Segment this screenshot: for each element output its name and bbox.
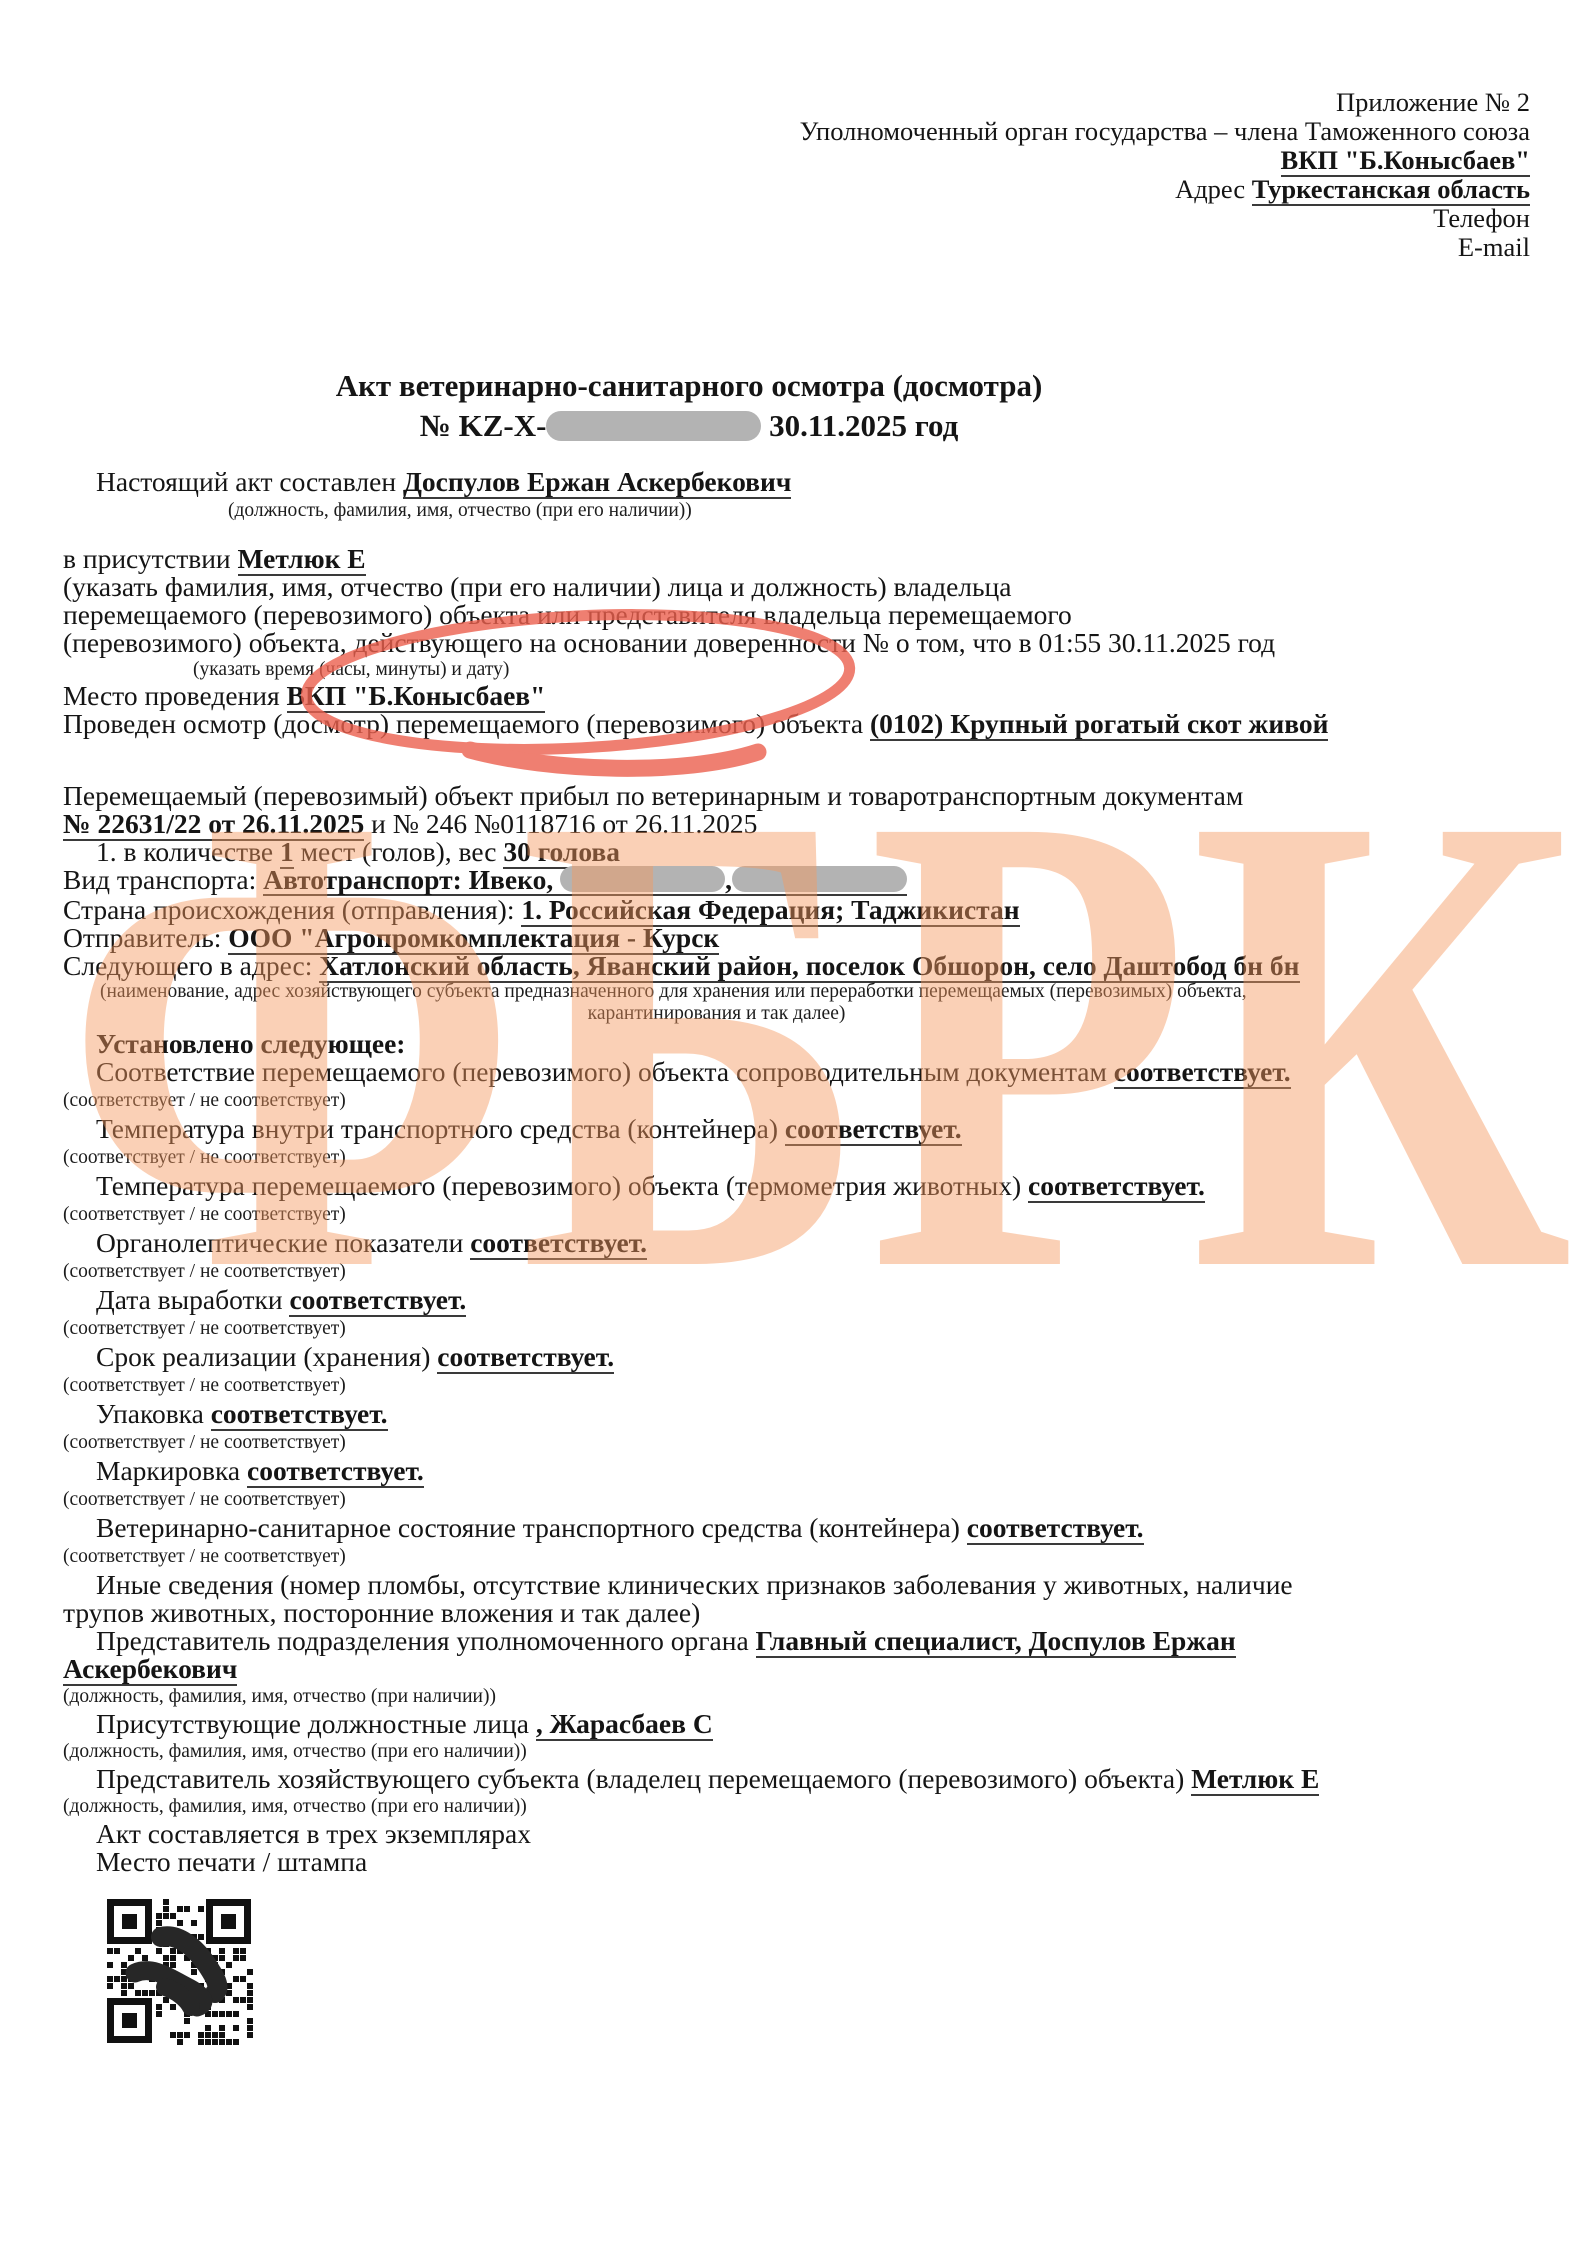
findings-heading: Установлено следующее: <box>63 1030 1530 1058</box>
origin-line: Страна происхождения (отправления): 1. Р… <box>63 896 1530 924</box>
finding-label: Упаковка <box>96 1398 211 1429</box>
letterhead: Приложение № 2 Уполномоченный орган госу… <box>63 88 1530 262</box>
representative-line-2: Аскербекович <box>63 1655 1530 1683</box>
presence-line: в присутствии Метлюк Е <box>63 545 1530 573</box>
finding-value: соответствует. <box>289 1284 466 1317</box>
finding-label: Дата выработки <box>96 1284 289 1315</box>
finding-item: Температура перемещаемого (перевозимого)… <box>63 1172 1530 1200</box>
act-document: Приложение № 2 Уполномоченный орган госу… <box>0 0 1587 2245</box>
place-line: Место проведения ВКП "Б.Конысбаев" <box>63 682 1530 710</box>
finding-alt-note: (соответствует / не соответствует) <box>63 1086 1530 1115</box>
finding-alt-note: (соответствует / не соответствует) <box>63 1542 1530 1571</box>
doc-rest: и № 246 №0118716 от 26.11.2025 <box>364 808 757 839</box>
finding-label: Органолептические показатели <box>96 1227 470 1258</box>
transport-value: Автотранспорт: Ивеко, <box>263 864 560 895</box>
place-label: Место проведения <box>63 680 287 711</box>
other-info-line-1: Иные сведения (номер пломбы, отсутствие … <box>63 1571 1530 1599</box>
representative-value-2: Аскербекович <box>63 1653 237 1686</box>
finding-alt-note: (соответствует / не соответствует) <box>63 1428 1530 1457</box>
authority-line: Уполномоченный орган государства – члена… <box>63 117 1530 146</box>
composed-note: (должность, фамилия, имя, отчество (при … <box>228 496 1530 525</box>
qty-label: 1. в количестве <box>96 836 280 867</box>
finding-value: соответствует. <box>785 1113 962 1146</box>
finding-item: Органолептические показатели соответству… <box>63 1229 1530 1257</box>
inspect-object: (0102) Крупный рогатый скот живой <box>870 708 1328 741</box>
transport-line: Вид транспорта: Автотранспорт: Ивеко, , <box>63 866 1530 896</box>
origin-label: Страна происхождения (отправления): <box>63 894 521 925</box>
owner-value: Метлюк Е <box>1191 1763 1319 1796</box>
quantity-line: 1. в количестве 1 мест (голов), вес 30 г… <box>63 838 1530 866</box>
inspect-line: Проведен осмотр (досмотр) перемещаемого … <box>63 710 1530 738</box>
officials-label: Присутствующие должностные лица <box>96 1708 536 1739</box>
finding-label: Маркировка <box>96 1455 247 1486</box>
finding-label: Ветеринарно-санитарное состояние транспо… <box>96 1512 967 1543</box>
finding-item: Температура внутри транспортного средств… <box>63 1115 1530 1143</box>
finding-label: Температура перемещаемого (перевозимого)… <box>96 1170 1028 1201</box>
org-name-value: ВКП "Б.Конысбаев" <box>1281 145 1530 177</box>
finding-value: соответствует. <box>967 1512 1144 1545</box>
redaction-blob-plate-1 <box>560 866 725 892</box>
representative-value: Главный специалист, Доспулов Ержан <box>756 1625 1236 1658</box>
transport-value-wrap: Автотранспорт: Ивеко, , <box>263 866 907 896</box>
destination-note-2: карантинирования и так далее) <box>63 1003 1530 1025</box>
org-name: ВКП "Б.Конысбаев" <box>63 146 1530 175</box>
qr-code-block <box>103 1895 1530 2052</box>
officials-value: , Жарасбаев С <box>536 1708 713 1741</box>
other-info-line-2: трупов животных, посторонние вложения и … <box>63 1599 1530 1627</box>
representative-label: Представитель подразделения уполномоченн… <box>96 1625 756 1656</box>
email-line: E-mail <box>63 233 1530 262</box>
finding-alt-note: (соответствует / не соответствует) <box>63 1200 1530 1229</box>
transport-label: Вид транспорта: <box>63 864 263 895</box>
inspect-label: Проведен осмотр (досмотр) перемещаемого … <box>63 708 870 739</box>
transport-separator: , <box>725 864 732 895</box>
finding-value: соответствует. <box>247 1455 424 1488</box>
title-heading: Акт ветеринарно-санитарного осмотра (дос… <box>63 366 1315 406</box>
destination-line: Следующего в адрес: Хатлонский область, … <box>63 952 1530 980</box>
destination-value: Хатлонский область, Яванский район, посе… <box>319 950 1299 983</box>
time-note: (указать время (часы, минуты) и дату) <box>193 657 1530 682</box>
finding-item: Ветеринарно-санитарное состояние транспо… <box>63 1514 1530 1542</box>
officials-line: Присутствующие должностные лица , Жарасб… <box>63 1710 1530 1738</box>
finding-alt-note: (соответствует / не соответствует) <box>63 1485 1530 1514</box>
finding-value: соответствует. <box>211 1398 388 1431</box>
finding-alt-note: (соответствует / не соответствует) <box>63 1314 1530 1343</box>
address-label: Адрес <box>1175 174 1252 204</box>
documents-line: № 22631/22 от 26.11.2025 и № 246 №011871… <box>63 810 1530 838</box>
finding-item: Дата выработки соответствует. <box>63 1286 1530 1314</box>
destination-label: Следующего в адрес: <box>63 950 319 981</box>
stamp-line: Место печати / штампа <box>63 1848 1530 1876</box>
finding-item: Упаковка соответствует. <box>63 1400 1530 1428</box>
finding-item: Соответствие перемещаемого (перевозимого… <box>63 1058 1530 1086</box>
presence-note-1: (указать фамилия, имя, отчество (при его… <box>63 573 1530 601</box>
finding-alt-note: (соответствует / не соответствует) <box>63 1143 1530 1172</box>
finding-label: Температура внутри транспортного средств… <box>96 1113 785 1144</box>
title-number-prefix: № KZ-X- <box>420 408 547 443</box>
representative-line: Представитель подразделения уполномоченн… <box>63 1627 1530 1655</box>
copies-line: Акт составляется в трех экземплярах <box>63 1820 1530 1848</box>
address-line: Адрес Туркестанская область <box>63 175 1530 204</box>
finding-alt-note: (соответствует / не соответствует) <box>63 1257 1530 1286</box>
phone-line: Телефон <box>63 204 1530 233</box>
finding-value: соответствует. <box>437 1341 614 1374</box>
redaction-blob-plate-2 <box>732 866 907 892</box>
finding-value: соответствует. <box>1028 1170 1205 1203</box>
presence-label: в присутствии <box>63 543 238 574</box>
composed-label: Настоящий акт составлен <box>96 466 403 497</box>
sender-line: Отправитель: ООО "Агропромкомплектация -… <box>63 924 1530 952</box>
finding-item: Маркировка соответствует. <box>63 1457 1530 1485</box>
owner-line: Представитель хозяйствующего субъекта (в… <box>63 1765 1530 1793</box>
document-title: Акт ветеринарно-санитарного осмотра (дос… <box>63 366 1530 446</box>
spacer <box>63 738 1530 782</box>
finding-item: Срок реализации (хранения) соответствует… <box>63 1343 1530 1371</box>
address-value: Туркестанская область <box>1252 174 1530 206</box>
finding-value: соответствует. <box>1114 1056 1291 1089</box>
title-number-suffix: 30.11.2025 год <box>761 408 958 443</box>
finding-label: Срок реализации (хранения) <box>96 1341 437 1372</box>
officials-note: (должность, фамилия, имя, отчество (при … <box>63 1738 1530 1765</box>
qty-mid: мест (голов), вес <box>294 836 504 867</box>
sender-label: Отправитель: <box>63 922 228 953</box>
appendix-line: Приложение № 2 <box>63 88 1530 117</box>
document-page: { "colors": { "watermark": "#f6995f", "a… <box>0 0 1587 2245</box>
presence-note-3: (перевозимого) объекта, действующего на … <box>63 629 1530 657</box>
finding-value: соответствует. <box>470 1227 647 1260</box>
title-number-line: № KZ-X- 30.11.2025 год <box>63 406 1315 446</box>
finding-label: Соответствие перемещаемого (перевозимого… <box>96 1056 1114 1087</box>
presence-note-2: перемещаемого (перевозимого) объекта или… <box>63 601 1530 629</box>
representative-note: (должность, фамилия, имя, отчество (при … <box>63 1683 1530 1710</box>
owner-label: Представитель хозяйствующего субъекта (в… <box>96 1763 1191 1794</box>
composed-line: Настоящий акт составлен Доспулов Ержан А… <box>63 468 1530 496</box>
owner-note: (должность, фамилия, имя, отчество (при … <box>63 1793 1530 1820</box>
finding-alt-note: (соответствует / не соответствует) <box>63 1371 1530 1400</box>
inspector-name: Доспулов Ержан Аскербекович <box>403 466 791 499</box>
redaction-blob-number <box>546 411 761 441</box>
arrival-line: Перемещаемый (перевозимый) объект прибыл… <box>63 782 1530 810</box>
destination-note-1: (наименование, адрес хозяйствующего субъ… <box>100 980 1530 1003</box>
qr-code <box>103 1895 255 2047</box>
